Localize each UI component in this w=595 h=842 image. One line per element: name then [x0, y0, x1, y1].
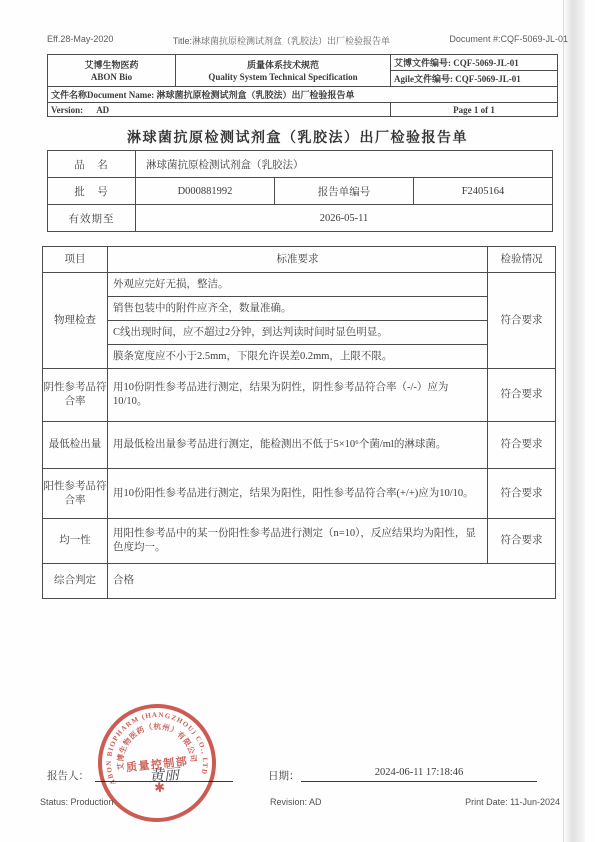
expiry-label: 有效期至 — [48, 205, 136, 232]
footer-print-date: Print Date: 11-Jun-2024 — [465, 797, 560, 807]
reporter-label: 报告人： — [47, 768, 89, 783]
product-name-value: 淋球菌抗原检测试剂盒（乳胶法） — [136, 151, 553, 178]
company-name-cn: 艾博生物医药 — [51, 59, 172, 71]
abon-doc-number: 艾博文件编号: CQF-5069-JL-01 — [391, 55, 558, 71]
col-header-item: 项目 — [43, 247, 108, 273]
header-table: 艾博生物医药 ABON Bio 质量体系技术规范 Quality System … — [47, 54, 558, 117]
date-value: 2024-06-11 17:18:46 — [375, 767, 464, 778]
item-positive-rate: 阳性参考品符合率 — [43, 469, 108, 519]
physical-standard-accessories: 销售包装中的附件应齐全，数量准确。 — [108, 297, 488, 321]
document-page: Eff.28-May-2020 Title:淋球菌抗原检测试剂盒（乳胶法）出厂检… — [0, 0, 595, 842]
positive-rate-standard: 用10份阳性参考品进行测定，结果为阳性，阳性参考品符合率(+/+)应为10/10… — [108, 469, 488, 519]
lot-number-value: D000881992 — [136, 178, 275, 205]
physical-standard-strip-width: 膜条宽度应不小于2.5mm，下限允许误差0.2mm，上限不限。 — [108, 345, 488, 369]
expiry-value: 2026-05-11 — [136, 205, 553, 232]
negative-rate-result: 符合要求 — [488, 369, 556, 422]
spec-cell: 质量体系技术规范 Quality System Technical Specif… — [176, 55, 391, 87]
col-header-result: 检验情况 — [488, 247, 556, 273]
physical-result: 符合要求 — [488, 273, 556, 369]
spec-title-cn: 质量体系技术规范 — [179, 59, 387, 71]
min-detection-standard: 用最低检出量参考品进行测定，能检测出不低于5×10⁶个菌/ml的淋球菌。 — [108, 422, 488, 469]
page-info: Page 1 of 1 — [391, 103, 558, 117]
item-physical-check: 物理检查 — [43, 273, 108, 369]
document-name-row: 文件名称Document Name: 淋球菌抗原检测试剂盒（乳胶法）出厂检验报告… — [48, 87, 558, 103]
reporter-signature-line: 黄丽 — [95, 760, 233, 782]
uniformity-result: 符合要求 — [488, 519, 556, 564]
date-label: 日期： — [268, 768, 300, 783]
report-number-label: 报告单编号 — [275, 178, 414, 205]
report-number-value: F2405164 — [414, 178, 553, 205]
company-cell: 艾博生物医药 ABON Bio — [48, 55, 176, 87]
document-title-meta: Title:淋球菌抗原检测试剂盒（乳胶法）出厂检验报告单 — [173, 34, 390, 47]
verdict-value: 合格 — [108, 564, 556, 599]
version-label: Version: — [51, 105, 83, 115]
company-name-en: ABON Bio — [51, 71, 172, 83]
uniformity-standard: 用阳性参考品中的某一份阳性参考品进行测定（n=10），反应结果均为阳性，显色度均… — [108, 519, 488, 564]
verdict-label: 综合判定 — [43, 564, 108, 599]
version-value: AD — [96, 105, 109, 115]
product-info-table: 品 名 淋球菌抗原检测试剂盒（乳胶法） 批 号 D000881992 报告单编号… — [47, 150, 553, 232]
document-number: Document #:CQF-5069-JL-01 — [449, 34, 568, 47]
item-uniformity: 均一性 — [43, 519, 108, 564]
reporter-signature: 黄丽 — [148, 763, 180, 787]
physical-standard-cline: C线出现时间，应不超过2分钟，到达判读时间时显色明显。 — [108, 321, 488, 345]
page-title: 淋球菌抗原检测试剂盒（乳胶法）出厂检验报告单 — [0, 127, 595, 147]
negative-rate-standard: 用10份阴性参考品进行测定，结果为阴性，阴性参考品符合率（-/-）应为10/10… — [108, 369, 488, 422]
lot-number-label: 批 号 — [48, 178, 136, 205]
min-detection-result: 符合要求 — [488, 422, 556, 469]
product-name-label: 品 名 — [48, 151, 136, 178]
footer-revision: Revision: AD — [270, 797, 322, 807]
positive-rate-result: 符合要求 — [488, 469, 556, 519]
date-line: 2024-06-11 17:18:46 — [301, 760, 537, 782]
signature-row: 报告人： 黄丽 日期： 2024-06-11 17:18:46 — [47, 760, 555, 786]
col-header-standard: 标准要求 — [108, 247, 488, 273]
version-cell: Version: AD — [48, 103, 391, 117]
inspection-table: 项目 标准要求 检验情况 物理检查 外观应完好无损，整洁。 符合要求 销售包装中… — [42, 246, 556, 599]
footer-status: Status: Production — [40, 797, 114, 807]
item-negative-rate: 阴性参考品符合率 — [43, 369, 108, 422]
spec-title-en: Quality System Technical Specification — [179, 71, 387, 83]
top-meta-line: Eff.28-May-2020 Title:淋球菌抗原检测试剂盒（乳胶法）出厂检… — [47, 34, 568, 47]
effective-date: Eff.28-May-2020 — [47, 34, 113, 47]
agile-doc-number: Agile文件编号: CQF-5069-JL-01 — [391, 71, 558, 87]
item-min-detection: 最低检出量 — [43, 422, 108, 469]
physical-standard-appearance: 外观应完好无损，整洁。 — [108, 273, 488, 297]
